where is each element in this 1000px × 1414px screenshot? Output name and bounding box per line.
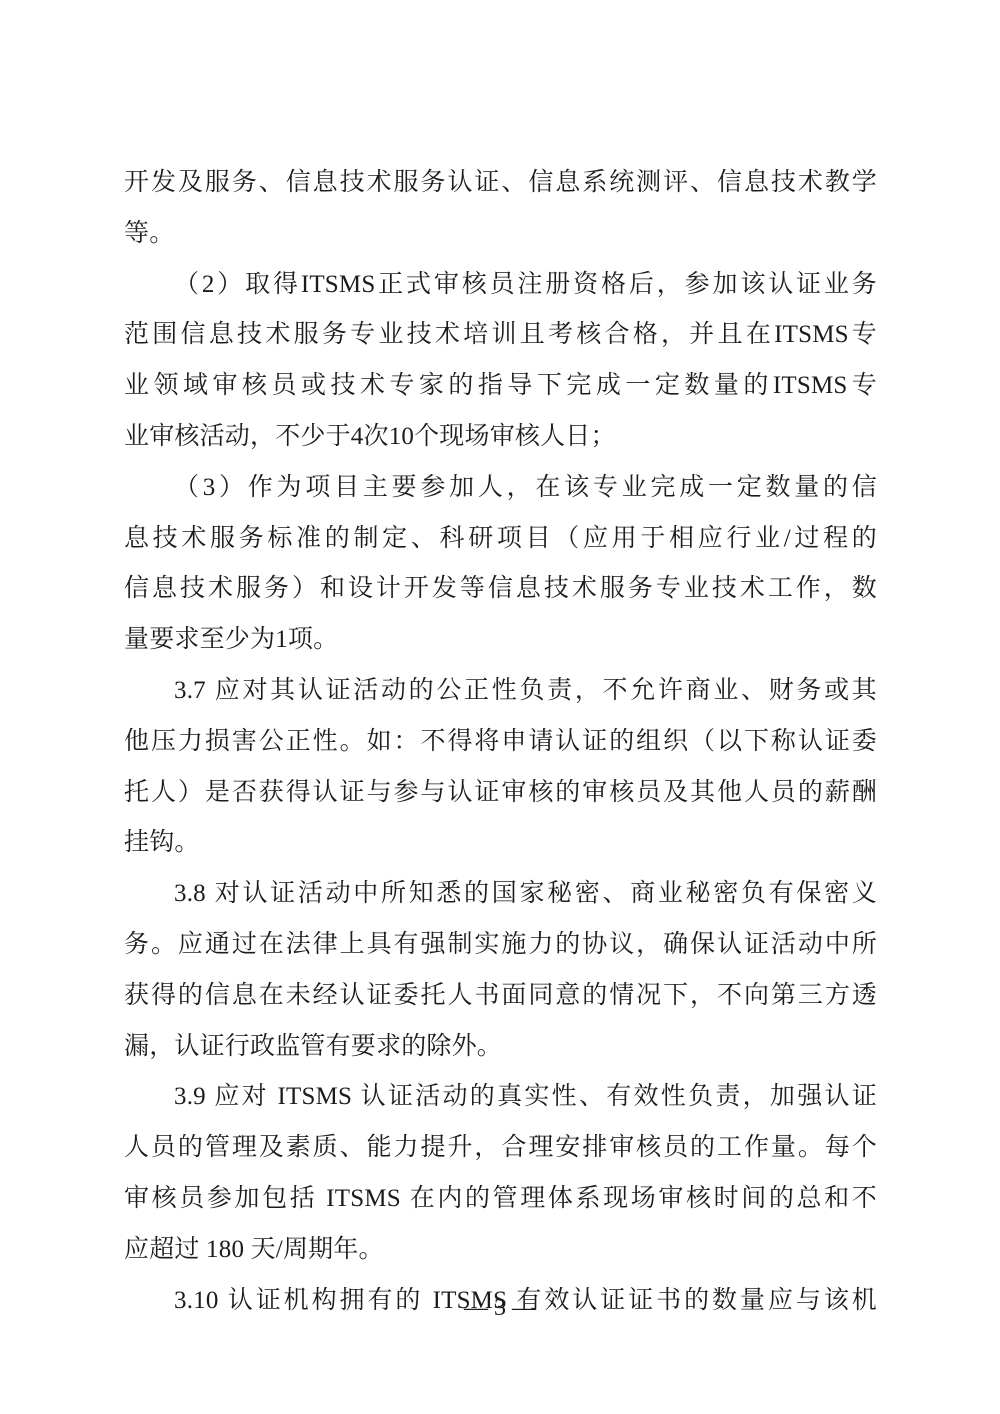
text-line: 3.8 对认证活动中所知悉的国家秘密、商业秘密负有保密义 <box>124 869 877 920</box>
text-line: 他压力损害公正性。如：不得将申请认证的组织（以下称认证委 <box>124 717 877 768</box>
text-line: 业审核活动，不少于4次10个现场审核人日； <box>124 412 877 463</box>
text-line: 务。应通过在法律上具有强制实施力的协议，确保认证活动中所 <box>124 920 877 971</box>
text-line: 漏，认证行政监管有要求的除外。 <box>124 1022 877 1073</box>
text-line: （2）取得ITSMS正式审核员注册资格后，参加该认证业务 <box>124 260 877 311</box>
paragraph: （3）作为项目主要参加人，在该专业完成一定数量的信息技术服务标准的制定、科研项目… <box>124 463 877 666</box>
text-line: 应超过 180 天/周期年。 <box>124 1225 877 1276</box>
text-line: 范围信息技术服务专业技术培训且考核合格，并且在ITSMS专 <box>124 310 877 361</box>
text-line: 开发及服务、信息技术服务认证、信息系统测评、信息技术教学等。 <box>124 158 877 260</box>
text-line: 信息技术服务）和设计开发等信息技术服务专业技术工作，数 <box>124 564 877 615</box>
text-line: 3.7 应对其认证活动的公正性负责，不允许商业、财务或其 <box>124 666 877 717</box>
text-line: 挂钩。 <box>124 818 877 869</box>
document-page: 开发及服务、信息技术服务认证、信息系统测评、信息技术教学等。（2）取得ITSMS… <box>0 0 1000 1414</box>
text-line: 业领域审核员或技术专家的指导下完成一定数量的ITSMS专 <box>124 361 877 412</box>
text-line: （3）作为项目主要参加人，在该专业完成一定数量的信 <box>124 463 877 514</box>
text-line: 托人）是否获得认证与参与认证审核的审核员及其他人员的薪酬 <box>124 768 877 819</box>
page-number: — 3 — <box>0 1292 1000 1324</box>
paragraph: 3.9 应对 ITSMS 认证活动的真实性、有效性负责，加强认证人员的管理及素质… <box>124 1072 877 1275</box>
paragraph: 开发及服务、信息技术服务认证、信息系统测评、信息技术教学等。 <box>124 158 877 260</box>
text-line: 量要求至少为1项。 <box>124 615 877 666</box>
text-line: 人员的管理及素质、能力提升，合理安排审核员的工作量。每个 <box>124 1123 877 1174</box>
text-line: 获得的信息在未经认证委托人书面同意的情况下，不向第三方透 <box>124 971 877 1022</box>
paragraph: 3.7 应对其认证活动的公正性负责，不允许商业、财务或其他压力损害公正性。如：不… <box>124 666 877 869</box>
text-line: 3.9 应对 ITSMS 认证活动的真实性、有效性负责，加强认证 <box>124 1072 877 1123</box>
paragraph: 3.8 对认证活动中所知悉的国家秘密、商业秘密负有保密义务。应通过在法律上具有强… <box>124 869 877 1072</box>
text-line: 审核员参加包括 ITSMS 在内的管理体系现场审核时间的总和不 <box>124 1174 877 1225</box>
document-body: 开发及服务、信息技术服务认证、信息系统测评、信息技术教学等。（2）取得ITSMS… <box>124 158 877 1326</box>
text-line: 息技术服务标准的制定、科研项目（应用于相应行业/过程的 <box>124 514 877 565</box>
paragraph: （2）取得ITSMS正式审核员注册资格后，参加该认证业务范围信息技术服务专业技术… <box>124 260 877 463</box>
